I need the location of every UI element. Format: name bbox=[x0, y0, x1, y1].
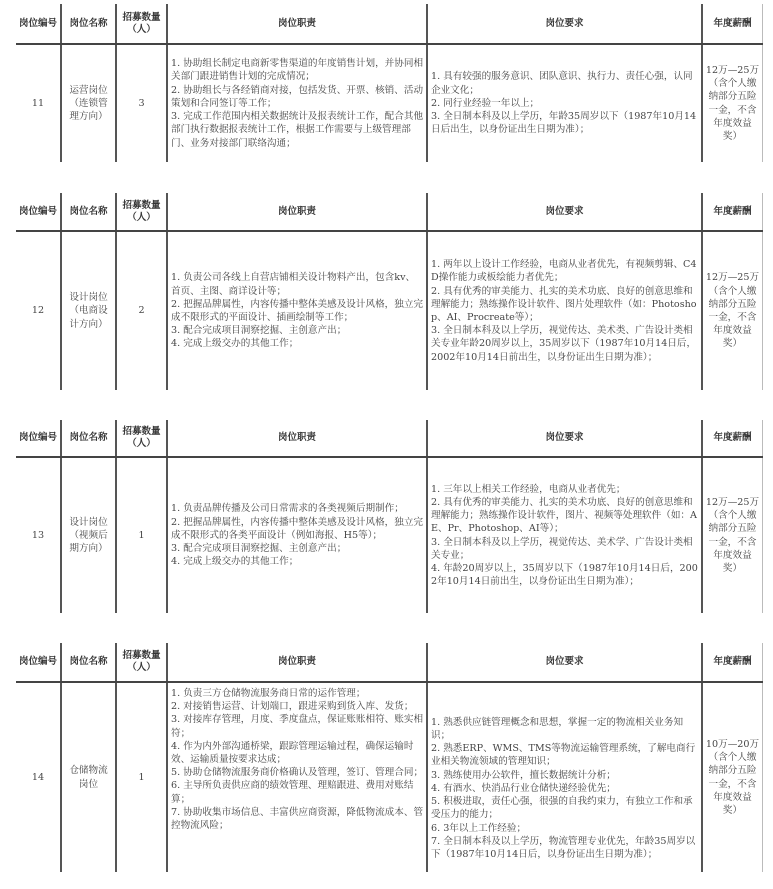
position-table-12: 岗位编号 岗位名称 招募数量 （人） 岗位职责 岗位要求 年度薪酬 12 设计岗… bbox=[0, 193, 773, 390]
header-requirements: 岗位要求 bbox=[428, 643, 701, 681]
position-name: 运营岗位 （连锁管 理方向） bbox=[62, 45, 115, 162]
position-duties: 1. 负责三方仓储物流服务商日常的运作管理； 2. 对接销售运营、计划端口，跟进… bbox=[168, 683, 426, 872]
header-name: 岗位名称 bbox=[62, 193, 115, 230]
header-salary: 年度薪酬 bbox=[703, 4, 762, 43]
position-id: 12 bbox=[16, 232, 60, 390]
position-count: 1 bbox=[117, 683, 166, 872]
header-name: 岗位名称 bbox=[62, 643, 115, 681]
position-duties: 1. 负责品牌传播及公司日常需求的各类视频后期制作； 2. 把握品牌属性，内容传… bbox=[168, 458, 426, 613]
position-requirements: 1. 具有较强的服务意识、团队意识、执行力、责任心强，认同企业文化； 2. 同行… bbox=[428, 45, 701, 162]
header-name: 岗位名称 bbox=[62, 4, 115, 43]
position-count: 2 bbox=[117, 232, 166, 390]
header-count: 招募数量 （人） bbox=[117, 4, 166, 43]
position-table-14: 岗位编号 岗位名称 招募数量 （人） 岗位职责 岗位要求 年度薪酬 14 仓储物… bbox=[0, 643, 773, 872]
header-salary: 年度薪酬 bbox=[703, 643, 762, 681]
position-requirements: 1. 熟悉供应链管理概念和思想，掌握一定的物流相关业务知识； 2. 熟悉ERP、… bbox=[428, 683, 701, 872]
position-salary: 12万—25万 （含个人缴 纳部分五险 一金，不含 年度效益 奖） bbox=[703, 458, 762, 613]
position-count: 3 bbox=[117, 45, 166, 162]
position-requirements: 1. 三年以上相关工作经验，电商从业者优先； 2. 具有优秀的审美能力、扎实的美… bbox=[428, 458, 701, 613]
position-table-11: 岗位编号 岗位名称 招募数量 （人） 岗位职责 岗位要求 年度薪酬 11 运营岗… bbox=[0, 4, 773, 162]
header-duties: 岗位职责 bbox=[168, 193, 426, 230]
header-count: 招募数量 （人） bbox=[117, 643, 166, 681]
position-id: 11 bbox=[16, 45, 60, 162]
position-salary: 12万—25万 （含个人缴 纳部分五险 一金，不含 年度效益 奖） bbox=[703, 45, 762, 162]
header-duties: 岗位职责 bbox=[168, 643, 426, 681]
column-divider bbox=[762, 193, 763, 390]
header-id: 岗位编号 bbox=[16, 420, 60, 456]
header-salary: 年度薪酬 bbox=[703, 193, 762, 230]
header-name: 岗位名称 bbox=[62, 420, 115, 456]
header-count: 招募数量 （人） bbox=[117, 420, 166, 456]
position-name: 设计岗位 （视频后 期方向） bbox=[62, 458, 115, 613]
header-requirements: 岗位要求 bbox=[428, 4, 701, 43]
column-divider bbox=[762, 643, 763, 872]
column-divider bbox=[762, 4, 763, 162]
position-count: 1 bbox=[117, 458, 166, 613]
position-id: 14 bbox=[16, 683, 60, 872]
header-id: 岗位编号 bbox=[16, 193, 60, 230]
position-name: 设计岗位 （电商设 计方向） bbox=[62, 232, 115, 390]
position-table-13: 岗位编号 岗位名称 招募数量 （人） 岗位职责 岗位要求 年度薪酬 13 设计岗… bbox=[0, 420, 773, 613]
position-name: 仓储物流 岗位 bbox=[62, 683, 115, 872]
header-requirements: 岗位要求 bbox=[428, 193, 701, 230]
header-id: 岗位编号 bbox=[16, 643, 60, 681]
header-count: 招募数量 （人） bbox=[117, 193, 166, 230]
header-salary: 年度薪酬 bbox=[703, 420, 762, 456]
header-requirements: 岗位要求 bbox=[428, 420, 701, 456]
position-id: 13 bbox=[16, 458, 60, 613]
position-duties: 1. 负责公司各线上自营店铺相关设计物料产出，包含kv、首页、主图、商详设计等；… bbox=[168, 232, 426, 390]
position-salary: 10万—20万 （含个人缴 纳部分五险 一金，不含 年度效益 奖） bbox=[703, 683, 762, 872]
position-duties: 1. 协助组长制定电商新零售渠道的年度销售计划，并协同相关部门跟进销售计划的完成… bbox=[168, 45, 426, 162]
position-requirements: 1. 两年以上设计工作经验，电商从业者优先，有视频剪辑、C4D操作能力或板绘能力… bbox=[428, 232, 701, 390]
column-divider bbox=[762, 420, 763, 613]
header-id: 岗位编号 bbox=[16, 4, 60, 43]
header-duties: 岗位职责 bbox=[168, 4, 426, 43]
position-salary: 12万—25万 （含个人缴 纳部分五险 一金，不含 年度效益 奖） bbox=[703, 232, 762, 390]
header-duties: 岗位职责 bbox=[168, 420, 426, 456]
